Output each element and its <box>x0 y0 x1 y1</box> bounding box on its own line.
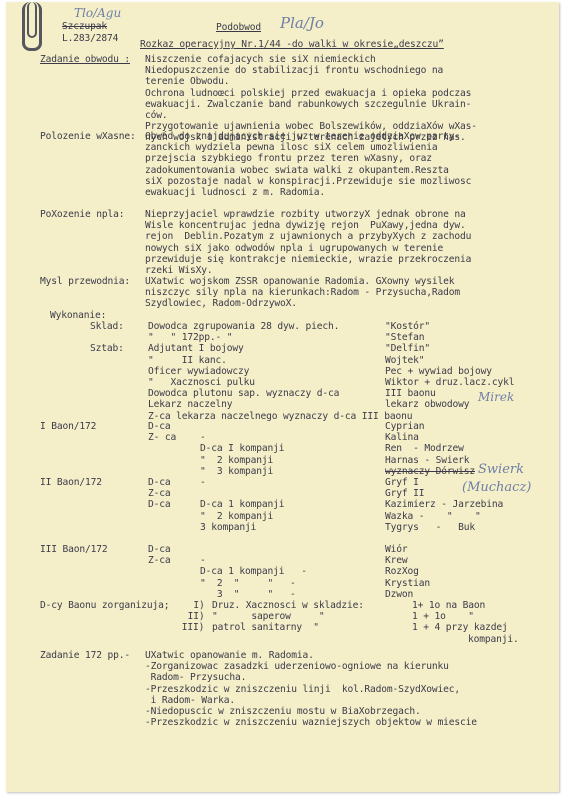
battalion-role: D-ca <box>148 421 171 432</box>
company-role: " 3 kompanji <box>200 466 273 477</box>
handwritten-note-muchacz: (Muchacz) <box>462 480 531 495</box>
zadanie-172-label: Zadanie 172 pp.- <box>40 650 130 661</box>
text-line: rzeki WisXy. <box>145 265 213 276</box>
commander-name: Harnas - Swierk <box>385 455 469 466</box>
staff-role: " " 172pp.- " <box>148 332 232 343</box>
staff-role: " II kanc. <box>148 355 227 366</box>
org-item-text: patrol sanitarny " <box>212 622 319 633</box>
battalion-role: Z-ca <box>148 488 171 499</box>
staff-name: "Kostór" <box>385 321 430 332</box>
text-line: ców. <box>145 110 168 121</box>
battalion-name: II Baon/172 <box>40 477 102 488</box>
text-line: nowych siX jako odwodów npla i ugrupowan… <box>145 243 443 254</box>
text-line: -Przeszkodzic w zniszczeniu linji kol.Ra… <box>145 684 460 695</box>
battalion-role: D-ca <box>148 544 171 555</box>
order-title: Rozkaz operacyjny Nr.1/44 -do walki w ok… <box>140 39 444 50</box>
company-role: " 2 kompanji <box>200 511 273 522</box>
battalion-name: I Baon/172 <box>40 421 96 432</box>
company-role: D-ca 1 kompanji - <box>200 566 307 577</box>
commander-name: Krystian <box>385 578 430 589</box>
section-label-polozenie-npla: PoXozenie npla: <box>40 209 124 220</box>
org-item-text: " saperow " <box>212 611 325 622</box>
org-item-number: III) <box>182 622 205 633</box>
organizacja-label: D-cy Baonu zorganizuja; <box>40 600 169 611</box>
battalion-role: D-ca <box>148 499 171 510</box>
section-label-polozenie-wlasne: Polozenie wXasne: <box>40 131 136 142</box>
text-line: -Niedopuscic w zniszczeniu mostu w BiaXo… <box>145 706 421 717</box>
commander-name: Wiór <box>385 544 408 555</box>
company-role: " 2 " " - <box>200 578 296 589</box>
staff-role: Z-ca lekarza naczelnego wyznaczy d-ca II… <box>148 411 412 422</box>
org-item-count: 1+ 1o na Baon <box>412 600 485 611</box>
commander-name: Ren - Modrzew <box>385 443 464 454</box>
company-role: D-ca 1 kompanji <box>200 499 284 510</box>
handwritten-note-mirek: Mirek <box>478 390 514 404</box>
section-label-mysl-przewodnia: Mysl przewodnia: <box>40 276 130 287</box>
org-item-count: kompanji. <box>468 634 519 645</box>
handwritten-subdistrict: Pla/Jo <box>280 14 324 32</box>
text-line: -Zorganizowac zasadzki uderzeniowo-ognio… <box>145 661 449 672</box>
text-line: ewakuacji ludnosci z m. Radomia. <box>145 187 325 198</box>
company-role: - <box>200 477 206 488</box>
reference-number: L.283/2874 <box>62 33 118 44</box>
org-item-text: Druz. Xacznosci w skladzie: <box>212 600 364 611</box>
sklad-label: Sklad: <box>90 321 124 332</box>
text-line: Szydlowiec, Radom-OdrzywoX. <box>145 298 297 309</box>
staff-name: "Delfin" <box>385 343 430 354</box>
company-role: D-ca I kompanji <box>200 443 284 454</box>
org-item-count: 1 + 1o " <box>412 611 474 622</box>
handwritten-note-swierk: Swierk <box>478 462 524 477</box>
staff-role: " Xacznosci pulku <box>148 377 255 388</box>
text-line: Niedopuszczenie do stabilizacji frontu w… <box>145 65 443 76</box>
text-line: Wisle koncentrujac jedna dywizję rejon P… <box>145 220 466 231</box>
text-line: Nieprzyjaciel wprawdzie rozbity utworzyX… <box>145 209 466 220</box>
text-line: zanckich wydziela pewna ilosc siX celem … <box>145 142 438 153</box>
battalion-name: III Baon/172 <box>40 544 108 555</box>
company-role: - <box>200 555 206 566</box>
text-line: siX pozostaje nadal w konspiracji.Przewi… <box>145 176 471 187</box>
text-line: Niszczenie cofajacych sie siX niemieckic… <box>145 54 376 65</box>
commander-name: Gryf II <box>385 488 424 499</box>
commander-name: Dzwon <box>385 589 413 600</box>
staff-name: Wiktor + druz.lacz.cykl <box>385 377 514 388</box>
text-line: ewakuacji. Zwalczanie band rabunkowych s… <box>145 99 471 110</box>
battalion-role: Z- ca <box>148 432 176 443</box>
text-line: -Przeszkodzic w zniszczeniu wazniejszych… <box>145 717 477 728</box>
text-line: Radom- Przysucha. <box>145 672 246 683</box>
staff-role: Dowodca zgrupowania 28 dyw. piech. <box>148 321 339 332</box>
text-line: rejon Deblin.Pozatym z ujawnionych a prz… <box>145 231 471 242</box>
commander-name: wyznaczy Dórwisz <box>385 466 475 477</box>
text-line: i Radom- Warka. <box>145 695 235 706</box>
battalion-role: Z-ca <box>148 555 171 566</box>
staff-name: Wojtek" <box>385 355 424 366</box>
sztab-label: Sztab: <box>90 343 124 354</box>
org-item-number: I) <box>193 600 204 611</box>
staff-role: Oficer wywiadowczy <box>148 366 249 377</box>
commander-name: Kalina <box>385 432 419 443</box>
commander-name: Kazimierz - Jarzebina <box>385 499 503 510</box>
text-line: Ochrona ludnoœci polskiej przed ewakuacj… <box>145 88 471 99</box>
text-line: UXatwic opanowanie m. Radomia. <box>145 650 314 661</box>
text-line: przejscia szybkiego frontu przez teren w… <box>145 153 432 164</box>
staff-name: "Stefan <box>385 332 424 343</box>
company-role: - <box>200 432 206 443</box>
staff-name: lekarz obwodowy <box>385 399 469 410</box>
commander-name: Tygrys - Buk <box>385 522 475 533</box>
commander-name: RozXog <box>385 566 419 577</box>
paperclip-inner-icon <box>27 2 37 38</box>
struck-name: Szczupak <box>62 21 107 32</box>
handwritten-top-left: Tlo/Agu <box>74 6 121 20</box>
section-label-zadanie-obwodu: Zadanie obwodu : <box>40 54 130 65</box>
text-line: UXatwic wojskom ZSSR opanowanie Radomia.… <box>145 276 454 287</box>
org-item-number: II) <box>188 611 205 622</box>
text-line: niszczyc sily npla na kierunkach:Radom -… <box>145 287 460 298</box>
commander-name: Cyprian <box>385 421 424 432</box>
wykonanie-label: Wykonanie: <box>50 310 106 321</box>
staff-role: Lekarz naczelny <box>148 399 232 410</box>
staff-name: Pec + wywiad bojowy <box>385 366 492 377</box>
staff-name: III baonu <box>385 388 436 399</box>
company-role: " 2 kompanji <box>200 455 273 466</box>
text-line: terenie Obwodu. <box>145 76 229 87</box>
company-role: 3 kompanji <box>200 522 256 533</box>
text-line: przewiduje się kontrakcje niemieckie, wr… <box>145 254 471 265</box>
commander-name: Gryf I <box>385 477 419 488</box>
commander-name: Krew <box>385 555 408 566</box>
org-item-count: 1 + 4 przy kazdej <box>412 622 508 633</box>
staff-role: Dowodca plutonu sap. wyznaczy d-ca <box>148 388 339 399</box>
subdistrict-label: Podobwod <box>216 22 261 33</box>
battalion-role: D-ca <box>148 477 171 488</box>
staff-role: Adjutant I bojowy <box>148 343 244 354</box>
commander-name: Wazka - " " <box>385 511 481 522</box>
text-line: Obwód do znajdujacych sie juz w terenie … <box>145 131 460 142</box>
company-role: 3 " " - <box>200 589 296 600</box>
text-line: zadokumentowania wobec swiata walki z ok… <box>145 165 449 176</box>
